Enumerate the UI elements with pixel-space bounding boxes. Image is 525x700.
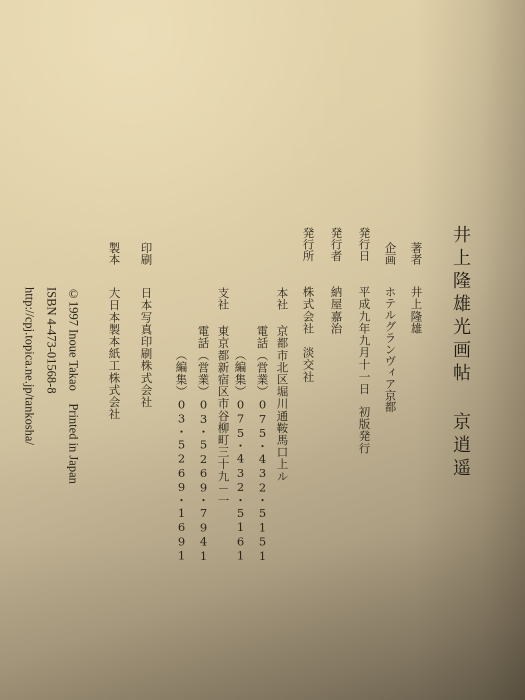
publish-date-column: 平成九年九月十一日初版発行 (358, 286, 370, 454)
planning-label: 企画 (384, 242, 396, 265)
head-office-label: 本社 (276, 287, 288, 310)
publishing-house-value: 株式会社 淡交社 (302, 286, 314, 383)
head-office-address: 京都市北区堀川通鞍馬口上ル (276, 325, 288, 482)
publisher-label: 発行者 (330, 227, 342, 262)
head-office-editorial-phone: （編集）075・432・5161 (234, 349, 246, 563)
publishing-house-label: 発行所 (302, 227, 314, 262)
publish-date-label: 発行日 (358, 227, 370, 262)
sales-label: （営業） (256, 349, 270, 397)
url-line: http://cpj.topica.ne.jp/tankosha/ (23, 287, 36, 445)
sales-label: （営業） (197, 349, 211, 397)
book-title-column: 井上隆雄光画帖京逍遥 (451, 225, 469, 481)
editorial-label: （編集） (175, 349, 189, 397)
editorial-number: 03・5269・1691 (175, 397, 189, 562)
publish-date-value: 平成九年九月十一日 (358, 286, 372, 395)
phone-label: 電話 (197, 325, 211, 349)
paper-shadow-bottom (0, 540, 525, 700)
planning-value: ホテルグランヴィア京都 (384, 286, 396, 413)
phone-label: 電話 (256, 325, 270, 349)
branch-office-label: 支社 (217, 287, 229, 310)
editorial-label: （編集） (234, 349, 248, 397)
book-title: 井上隆雄光画帖 (450, 225, 471, 386)
sales-number: 075・432・5151 (256, 398, 270, 563)
edition-note: 初版発行 (358, 406, 372, 454)
head-office-sales-phone: 電話（営業）075・432・5151 (256, 325, 268, 563)
book-subtitle: 京逍遥 (450, 412, 471, 481)
binding-label: 製本 (108, 242, 120, 265)
printing-label: 印刷 (140, 242, 152, 265)
publisher-value: 納屋嘉治 (330, 286, 342, 334)
isbn-line: ISBN 4-473-01568-8 (45, 287, 58, 394)
editorial-number: 075・432・5161 (234, 397, 248, 562)
branch-office-sales-phone: 電話（営業）03・5269・7941 (197, 325, 209, 563)
author-label: 著者 (410, 242, 422, 265)
binding-value: 大日本製本紙工株式会社 (108, 287, 120, 420)
copyright-line: ©1997 Inoue Takao Printed in Japan (67, 287, 80, 484)
author-value: 井上隆雄 (410, 286, 422, 334)
printing-value: 日本写真印刷株式会社 (140, 287, 152, 408)
sales-number: 03・5269・7941 (197, 398, 211, 563)
branch-office-address: 東京都新宿区市谷柳町三十九－一 (217, 325, 229, 507)
branch-office-editorial-phone: （編集）03・5269・1691 (175, 349, 187, 563)
